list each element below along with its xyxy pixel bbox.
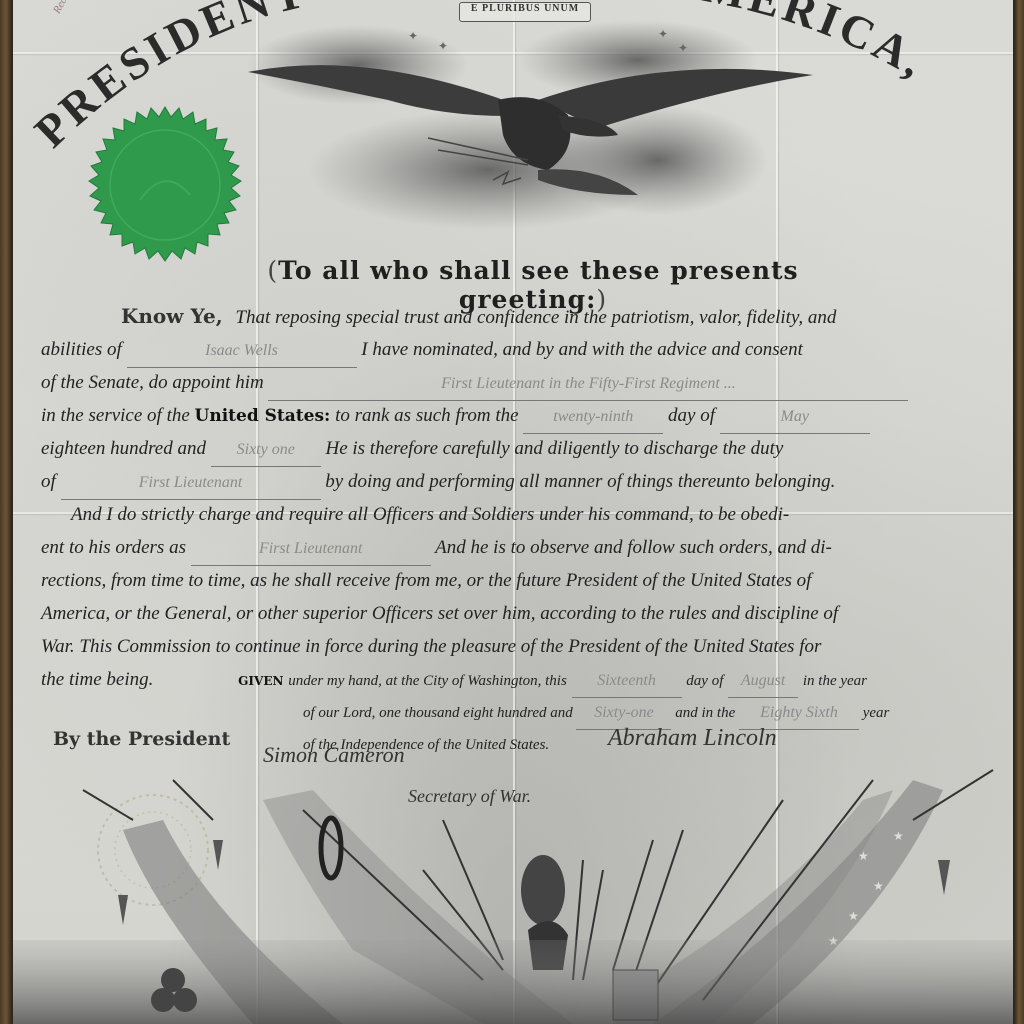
military-trophy-vignette-icon: ★★★★★ bbox=[13, 760, 1013, 1024]
svg-text:✦: ✦ bbox=[438, 39, 448, 53]
body-line: ent to his orders as First Lieutenant An… bbox=[41, 531, 1011, 564]
body-line: And I do strictly charge and require all… bbox=[41, 498, 1011, 531]
body-line: rections, from time to time, as he shall… bbox=[41, 564, 1011, 597]
rank-title-field: First Lieutenant bbox=[61, 466, 321, 500]
body-line: the time being. GIVEN under my hand, at … bbox=[41, 663, 1011, 696]
body-line: War. This Commission to continue in forc… bbox=[41, 630, 1011, 663]
body-line: Know Ye, That reposing special trust and… bbox=[41, 300, 1011, 333]
body-line: America, or the General, or other superi… bbox=[41, 597, 1011, 630]
svg-text:✦: ✦ bbox=[678, 41, 688, 55]
appointment-field: First Lieutenant in the Fifty-First Regi… bbox=[268, 367, 908, 401]
green-seal-icon bbox=[85, 105, 245, 265]
body-line: abilities of Isaac Wells I have nominate… bbox=[41, 333, 1011, 366]
commission-body: Know Ye, That reposing special trust and… bbox=[41, 300, 1011, 762]
body-line: eighteen hundred and Sixty one He is the… bbox=[41, 432, 1011, 465]
svg-text:★: ★ bbox=[858, 849, 869, 863]
officer-name-field: Isaac Wells bbox=[127, 334, 357, 368]
eagle-vignette-icon: ✦✦✦✦ bbox=[238, 20, 828, 230]
body-line: of First Lieutenant by doing and perform… bbox=[41, 465, 1011, 498]
given-label: GIVEN bbox=[238, 674, 283, 688]
commission-document: Received ... Appt ... PRESIDENT AMERICA, bbox=[13, 0, 1013, 1024]
rank-day-field: twenty-ninth bbox=[523, 400, 663, 434]
body-line: in the service of the United States: to … bbox=[41, 399, 1011, 432]
president-signature: Abraham Lincoln bbox=[608, 725, 777, 752]
svg-text:✦: ✦ bbox=[658, 27, 668, 41]
know-ye-heading: Know Ye, bbox=[121, 304, 223, 328]
greeting-heading: (To all who shall see these presents gre… bbox=[223, 256, 843, 290]
by-the-president-label: By the President bbox=[53, 728, 230, 750]
rank-year-field: Sixty one bbox=[211, 433, 321, 467]
svg-text:★: ★ bbox=[873, 879, 884, 893]
motto-ribbon: E PLURIBUS UNUM bbox=[459, 2, 591, 22]
svg-text:★: ★ bbox=[893, 829, 904, 843]
united-states-bold: United States: bbox=[195, 406, 331, 426]
rank-month-field: May bbox=[720, 400, 870, 434]
svg-text:✦: ✦ bbox=[408, 29, 418, 43]
given-day-field: Sixteenth bbox=[572, 664, 682, 698]
body-line: of the Senate, do appoint him First Lieu… bbox=[41, 366, 1011, 399]
given-month-field: August bbox=[728, 664, 798, 698]
svg-text:★: ★ bbox=[848, 909, 859, 923]
orders-rank-field: First Lieutenant bbox=[191, 532, 431, 566]
